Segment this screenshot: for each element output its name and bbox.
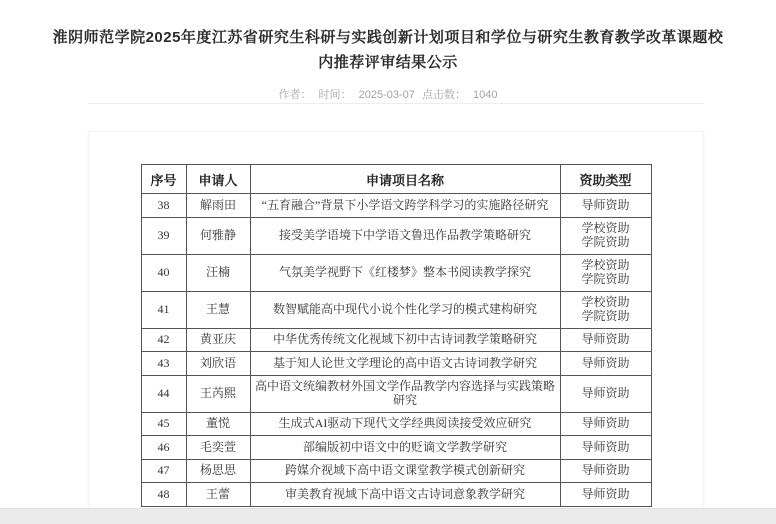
cell-no: 39 <box>141 217 186 254</box>
table-row: 40汪楠气氛美学视野下《红楼梦》整本书阅读教学探究学校资助学院资助 <box>141 254 651 291</box>
cell-no: 42 <box>141 328 186 352</box>
cell-project: 基于知人论世文学理论的高中语文古诗词教学研究 <box>250 352 560 376</box>
cell-project: 气氛美学视野下《红楼梦》整本书阅读教学探究 <box>250 254 560 291</box>
cell-project: 部编版初中语文中的贬谪文学教学研究 <box>250 436 560 460</box>
table-row: 48王蕾审美教育视域下高中语文古诗词意象教学研究导师资助 <box>141 483 651 507</box>
cell-funding: 导师资助 <box>560 459 651 483</box>
cell-funding: 导师资助 <box>560 412 651 436</box>
cell-applicant: 杨思思 <box>186 459 250 483</box>
funding-line: 导师资助 <box>565 417 647 431</box>
cell-no: 41 <box>141 291 186 328</box>
funding-line: 导师资助 <box>565 488 647 502</box>
cell-applicant: 王慧 <box>186 291 250 328</box>
funding-line: 导师资助 <box>565 357 647 371</box>
cell-applicant: 解雨田 <box>186 194 250 218</box>
meta-clicks-value: 1040 <box>473 89 497 101</box>
cell-applicant: 何雅静 <box>186 217 250 254</box>
table-row: 41王慧数智赋能高中现代小说个性化学习的模式建构研究学校资助学院资助 <box>141 291 651 328</box>
header-divider <box>88 103 704 104</box>
cell-project: 生成式AI驱动下现代文学经典阅读接受效应研究 <box>250 412 560 436</box>
funding-line: 学院资助 <box>565 310 647 324</box>
cell-no: 38 <box>141 194 186 218</box>
cell-funding: 学校资助学院资助 <box>560 291 651 328</box>
funding-line: 学院资助 <box>565 236 647 250</box>
cell-no: 45 <box>141 412 186 436</box>
cell-project: 中华优秀传统文化视域下初中古诗词教学策略研究 <box>250 328 560 352</box>
cell-funding: 导师资助 <box>560 375 651 412</box>
table-row: 46毛奕萱部编版初中语文中的贬谪文学教学研究导师资助 <box>141 436 651 460</box>
cell-project: 审美教育视域下高中语文古诗词意象教学研究 <box>250 483 560 507</box>
cell-funding: 导师资助 <box>560 436 651 460</box>
header-funding: 资助类型 <box>560 165 651 194</box>
table-row: 42黄亚庆中华优秀传统文化视域下初中古诗词教学策略研究导师资助 <box>141 328 651 352</box>
cell-no: 43 <box>141 352 186 376</box>
cell-project: 高中语文统编教材外国文学作品教学内容选择与实践策略研究 <box>250 375 560 412</box>
cell-applicant: 刘欣语 <box>186 352 250 376</box>
cell-funding: 导师资助 <box>560 194 651 218</box>
cell-no: 48 <box>141 483 186 507</box>
header-applicant: 申请人 <box>186 165 250 194</box>
cell-applicant: 汪楠 <box>186 254 250 291</box>
funding-line: 导师资助 <box>565 464 647 478</box>
cell-applicant: 董悦 <box>186 412 250 436</box>
cell-applicant: 黄亚庆 <box>186 328 250 352</box>
cell-project: 接受美学语境下中学语文鲁迅作品教学策略研究 <box>250 217 560 254</box>
cell-funding: 导师资助 <box>560 328 651 352</box>
cell-project: 数智赋能高中现代小说个性化学习的模式建构研究 <box>250 291 560 328</box>
table-row: 45董悦生成式AI驱动下现代文学经典阅读接受效应研究导师资助 <box>141 412 651 436</box>
cell-funding: 学校资助学院资助 <box>560 217 651 254</box>
funding-line: 学校资助 <box>565 259 647 273</box>
page-bottom-band <box>0 508 776 524</box>
cell-project: 跨媒介视域下高中语文课堂教学模式创新研究 <box>250 459 560 483</box>
funding-line: 学院资助 <box>565 273 647 287</box>
table-row: 44王芮熙高中语文统编教材外国文学作品教学内容选择与实践策略研究导师资助 <box>141 375 651 412</box>
cell-funding: 学校资助学院资助 <box>560 254 651 291</box>
funding-line: 导师资助 <box>565 199 647 213</box>
results-table-body: 38解雨田“五育融合”背景下小学语文跨学科学习的实施路径研究导师资助39何雅静接… <box>141 194 651 507</box>
cell-no: 40 <box>141 254 186 291</box>
cell-applicant: 毛奕萱 <box>186 436 250 460</box>
meta-time-value: 2025-03-07 <box>359 89 415 101</box>
funding-line: 导师资助 <box>565 387 647 401</box>
table-row: 43刘欣语基于知人论世文学理论的高中语文古诗词教学研究导师资助 <box>141 352 651 376</box>
table-row: 47杨思思跨媒介视域下高中语文课堂教学模式创新研究导师资助 <box>141 459 651 483</box>
cell-applicant: 王蕾 <box>186 483 250 507</box>
header-project: 申请项目名称 <box>250 165 560 194</box>
announcement-card: 序号 申请人 申请项目名称 资助类型 38解雨田“五育融合”背景下小学语文跨学科… <box>88 131 704 518</box>
cell-no: 44 <box>141 375 186 412</box>
results-table: 序号 申请人 申请项目名称 资助类型 38解雨田“五育融合”背景下小学语文跨学科… <box>141 164 652 507</box>
cell-funding: 导师资助 <box>560 352 651 376</box>
page-title: 淮阴师范学院2025年度江苏省研究生科研与实践创新计划项目和学位与研究生教育教学… <box>48 25 728 75</box>
table-row: 39何雅静接受美学语境下中学语文鲁迅作品教学策略研究学校资助学院资助 <box>141 217 651 254</box>
meta-clicks-label: 点击数： <box>422 89 466 101</box>
funding-line: 学校资助 <box>565 222 647 236</box>
table-row: 38解雨田“五育融合”背景下小学语文跨学科学习的实施路径研究导师资助 <box>141 194 651 218</box>
table-header-row: 序号 申请人 申请项目名称 资助类型 <box>141 165 651 194</box>
cell-no: 46 <box>141 436 186 460</box>
article-meta: 作者： 时间： 2025-03-07 点击数： 1040 <box>0 86 776 102</box>
cell-applicant: 王芮熙 <box>186 375 250 412</box>
funding-line: 学校资助 <box>565 296 647 310</box>
meta-author-label: 作者： <box>278 89 311 101</box>
funding-line: 导师资助 <box>565 441 647 455</box>
funding-line: 导师资助 <box>565 333 647 347</box>
header-no: 序号 <box>141 165 186 194</box>
cell-project: “五育融合”背景下小学语文跨学科学习的实施路径研究 <box>250 194 560 218</box>
meta-time-label: 时间： <box>319 89 352 101</box>
cell-funding: 导师资助 <box>560 483 651 507</box>
cell-no: 47 <box>141 459 186 483</box>
